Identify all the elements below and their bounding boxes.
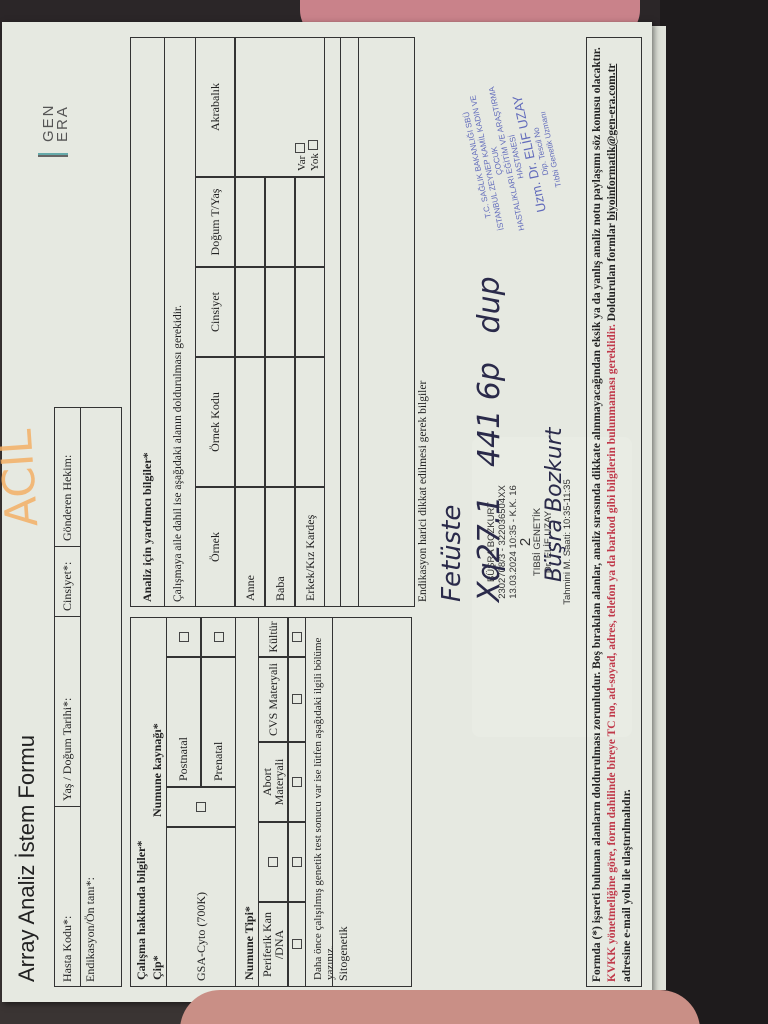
chip-label: Çip* — [150, 955, 165, 980]
blood-dna-checkbox[interactable] — [288, 902, 306, 987]
divider — [358, 37, 359, 607]
chip-option-gsa-cyto: GSA-Cyto (700K) — [166, 827, 236, 987]
doctor-stamp: T.C. SAĞLIK BAKANLIĞI SBÜİSTANBUL ZEYNEP… — [457, 75, 571, 239]
chip-checkbox[interactable] — [166, 787, 236, 827]
gender-field[interactable]: Cinsiyet*: — [54, 547, 80, 617]
logo-bars-icon — [38, 153, 68, 157]
mother-gender[interactable] — [235, 267, 265, 357]
extra-checkbox[interactable] — [288, 822, 306, 902]
father-gender[interactable] — [265, 267, 295, 357]
source-label: Numune kaynağı* — [150, 723, 165, 817]
col-birth-age: Doğum T/Yaş — [195, 177, 235, 267]
study-heading: Çalışma hakkında bilgiler* — [134, 841, 149, 980]
kinship-yes[interactable]: Var — [295, 143, 308, 171]
culture-checkbox[interactable] — [288, 617, 306, 657]
col-sample: Örnek — [195, 487, 235, 607]
postnatal-label: Postnatal — [166, 657, 201, 787]
col-gender: Cinsiyet — [195, 267, 235, 357]
kinship-no[interactable]: Yok — [308, 140, 321, 171]
indication-field[interactable]: Endikasyon/Ön tanı*: — [80, 407, 122, 987]
sample-type-cvs: CVS Materyali — [258, 657, 288, 742]
cytogenetics-field[interactable]: Sitogenetik — [332, 617, 412, 987]
handwritten-signature: Büşra Bozkurt — [542, 428, 567, 582]
abort-checkbox[interactable] — [288, 742, 306, 822]
helper-heading: Analiz için yardımcı bilgiler* — [140, 452, 155, 602]
sibling-gender[interactable] — [295, 267, 325, 357]
email-link[interactable]: biyoinformatik@gen-era.com.tr — [606, 64, 618, 221]
divider — [340, 37, 341, 607]
urgent-handwriting: ACİL — [0, 428, 48, 529]
background-right — [660, 0, 768, 1024]
sibling-birth[interactable] — [295, 177, 325, 267]
indication-note: Endikasyon harici dikkat edilmesi gerek … — [417, 381, 429, 602]
mother-birth[interactable] — [235, 177, 265, 267]
age-birthdate-field[interactable]: Yaş / Doğum Tarihi*: — [54, 617, 80, 807]
row-mother: Anne — [235, 487, 265, 607]
sample-type-blood: Periferik Kan /DNA — [258, 902, 288, 987]
col-kinship: Akrabalık — [195, 37, 235, 177]
form-page: Array Analiz İstem Formu ACİL Hasta Kodu… — [2, 22, 652, 1002]
row-father: Baba — [265, 487, 295, 607]
sample-type-abort: Abort Materyali — [258, 742, 288, 822]
prenatal-label: Prenatal — [201, 657, 236, 787]
sample-type-label: Numune Tipi* — [242, 906, 257, 980]
footer-text: Formda (*) işareti bulunan alanların dol… — [590, 42, 635, 982]
kinship-options: Var Yok — [235, 37, 325, 177]
form-title: Array Analiz İstem Formu — [14, 735, 40, 982]
patient-code-field[interactable]: Hasta Kodu*: — [54, 807, 80, 987]
father-birth[interactable] — [265, 177, 295, 267]
handwritten-finding: Xq27.1 441 6p dup — [472, 276, 507, 602]
kvkk-notice: KVKK yönetmeliğine göre, form dahilinde … — [606, 324, 618, 982]
genera-logo: GENERA — [42, 103, 70, 142]
postnatal-checkbox[interactable] — [166, 617, 201, 657]
prenatal-checkbox[interactable] — [201, 617, 236, 657]
mother-code[interactable] — [235, 357, 265, 487]
cvs-checkbox[interactable] — [288, 657, 306, 742]
blood-checkbox[interactable] — [258, 822, 288, 902]
col-sample-code: Örnek Kodu — [195, 357, 235, 487]
father-code[interactable] — [265, 357, 295, 487]
family-note: Çalışmaya aile dahil ise aşağıdaki alanı… — [172, 305, 184, 602]
divider — [164, 37, 165, 607]
sample-type-culture: Kültür — [258, 617, 288, 657]
row-sibling: Erkek/Kız Kardeş — [295, 487, 325, 607]
sibling-code[interactable] — [295, 357, 325, 487]
handwritten-fetus: Fetüste — [437, 505, 467, 602]
sticker-number: 2 — [519, 442, 532, 642]
referring-doctor-field[interactable]: Gönderen Hekim: — [54, 407, 80, 547]
